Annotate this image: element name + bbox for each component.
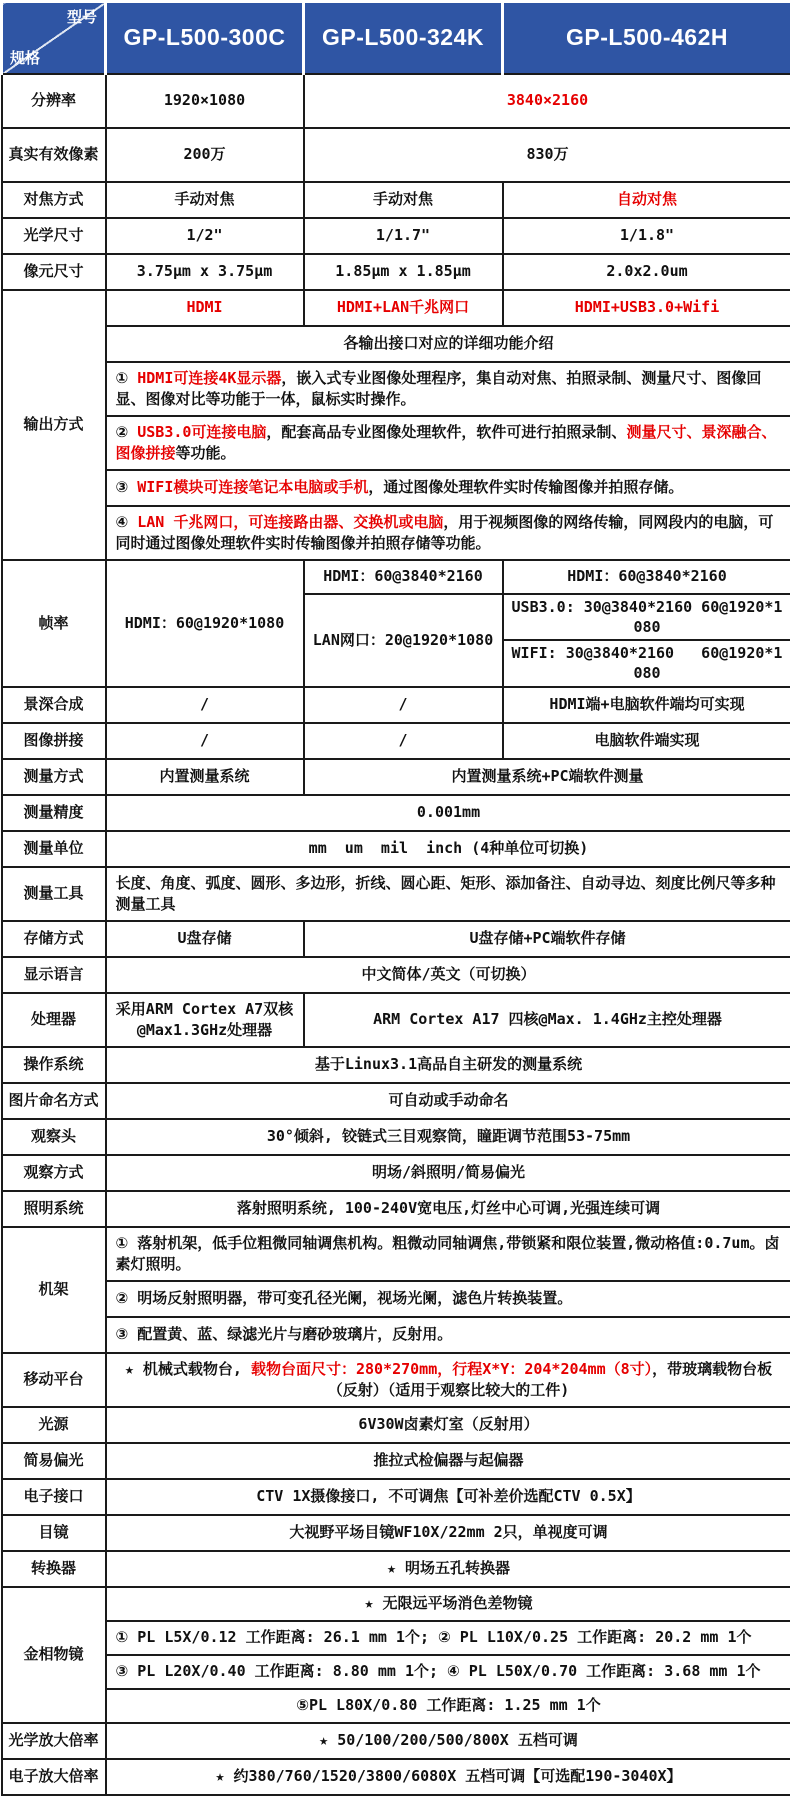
row-focus: 对焦方式 手动对焦 手动对焦 自动对焦 xyxy=(2,182,790,218)
label-pixels: 真实有效像素 xyxy=(2,128,106,182)
cell-nosepiece: ★ 明场五孔转换器 xyxy=(106,1551,790,1587)
label-eport: 电子接口 xyxy=(2,1479,106,1515)
row-output-p3: ③ WIFI模块可连接笔记本电脑或手机，通过图像处理软件实时传输图像并拍照存储。 xyxy=(2,470,790,506)
row-cpu: 处理器 采用ARM Cortex A7双核@Max1.3GHz处理器 ARM C… xyxy=(2,993,790,1047)
row-output-interfaces: 输出方式 HDMI HDMI+LAN千兆网口 HDMI+USB3.0+Wifi xyxy=(2,290,790,326)
cell-optical-size-462h: 1/1.8" xyxy=(503,218,790,254)
cell-pixel-size-324k: 1.85μm x 1.85μm xyxy=(304,254,503,290)
cell-pixel-size-462h: 2.0x2.0um xyxy=(503,254,790,290)
cell-tools: 长度、角度、弧度、圆形、多边形，折线、圆心距、矩形、添加备注、自动寻边、刻度比例… xyxy=(106,867,790,921)
cell-framerate-462h-wifi: WIFI: 30@3840*2160 60@1920*1080 xyxy=(503,640,790,687)
label-units: 测量单位 xyxy=(2,831,106,867)
row-frame-3: ③ 配置黄、蓝、绿滤光片与磨砂玻璃片，反射用。 xyxy=(2,1317,790,1353)
row-head: 观察头 30°倾斜, 铰链式三目观察筒，瞳距调节范围53-75mm xyxy=(2,1119,790,1155)
row-framerate-1: 帧率 HDMI：60@1920*1080 HDMI：60@3840*2160 H… xyxy=(2,560,790,594)
cell-framerate-462h-usb: USB3.0: 30@3840*2160 60@1920*1080 xyxy=(503,594,790,641)
row-digital-mag: 电子放大倍率 ★ 约380/760/1520/3800/6080X 五档可调【可… xyxy=(2,1759,790,1795)
header-row: 型号 规格 GP-L500-300C GP-L500-324K GP-L500-… xyxy=(2,2,790,74)
cell-view-mode: 明场/斜照明/简易偏光 xyxy=(106,1155,790,1191)
p1-num: ① xyxy=(116,369,138,387)
cell-framerate-462h-hdmi: HDMI：60@3840*2160 xyxy=(503,560,790,594)
label-precision: 测量精度 xyxy=(2,795,106,831)
label-eyepiece: 目镜 xyxy=(2,1515,106,1551)
cell-output-462h: HDMI+USB3.0+Wifi xyxy=(503,290,790,326)
p2-text1: ，配套高品专业图像处理软件，软件可进行拍照录制、 xyxy=(266,423,626,441)
label-pixel-size: 像元尺寸 xyxy=(2,254,106,290)
cell-output-p2: ② USB3.0可连接电脑，配套高品专业图像处理软件，软件可进行拍照录制、测量尺… xyxy=(106,416,790,470)
cell-precision: 0.001mm xyxy=(106,795,790,831)
cell-framerate-324k-hdmi: HDMI：60@3840*2160 xyxy=(304,560,503,594)
cell-output-p3: ③ WIFI模块可连接笔记本电脑或手机，通过图像处理软件实时传输图像并拍照存储。 xyxy=(106,470,790,506)
row-optical-size: 光学尺寸 1/2" 1/1.7" 1/1.8" xyxy=(2,218,790,254)
cell-optical-size-300c: 1/2" xyxy=(106,218,304,254)
cell-objective-p2: ③ PL L20X/0.40 工作距离: 8.80 mm 1个; ④ PL L5… xyxy=(106,1655,790,1689)
label-view-mode: 观察方式 xyxy=(2,1155,106,1191)
label-objective: 金相物镜 xyxy=(2,1587,106,1723)
row-output-intro: 各输出接口对应的详细功能介绍 xyxy=(2,326,790,362)
cell-measure-mode-300c: 内置测量系统 xyxy=(106,759,304,795)
row-eyepiece: 目镜 大视野平场目镜WF10X/22mm 2只，单视度可调 xyxy=(2,1515,790,1551)
cell-pixels-300c: 200万 xyxy=(106,128,304,182)
row-storage: 存储方式 U盘存储 U盘存储+PC端软件存储 xyxy=(2,921,790,957)
cell-eport: CTV 1X摄像接口, 不可调焦【可补差价选配CTV 0.5X】 xyxy=(106,1479,790,1515)
corner-model-label: 型号 xyxy=(67,7,97,27)
stage-text1: ★ 机械式载物台, xyxy=(125,1360,251,1378)
cell-units: mm um mil inch (4种单位可切换) xyxy=(106,831,790,867)
label-light: 光源 xyxy=(2,1407,106,1443)
cell-storage-shared: U盘存储+PC端软件存储 xyxy=(304,921,790,957)
row-output-p1: ① HDMI可连接4K显示器，嵌入式专业图像处理程序，集自动对焦、拍照录制、测量… xyxy=(2,362,790,416)
row-tools: 测量工具 长度、角度、弧度、圆形、多边形，折线、圆心距、矩形、添加备注、自动寻边… xyxy=(2,867,790,921)
cell-focus-300c: 手动对焦 xyxy=(106,182,304,218)
p2-text2: 等功能。 xyxy=(176,444,236,462)
row-naming: 图片命名方式 可自动或手动命名 xyxy=(2,1083,790,1119)
cell-storage-300c: U盘存储 xyxy=(106,921,304,957)
row-frame-1: 机架 ① 落射机架，低手位粗微同轴调焦机构。粗微动同轴调焦,带锁紧和限位装置,微… xyxy=(2,1227,790,1281)
cell-optical-size-324k: 1/1.7" xyxy=(304,218,503,254)
cell-pixel-size-300c: 3.75μm x 3.75μm xyxy=(106,254,304,290)
cell-optical-mag: ★ 50/100/200/500/800X 五档可调 xyxy=(106,1723,790,1759)
cell-digital-mag: ★ 约380/760/1520/3800/6080X 五档可调【可选配190-3… xyxy=(106,1759,790,1795)
row-objective-2: ③ PL L20X/0.40 工作距离: 8.80 mm 1个; ④ PL L5… xyxy=(2,1655,790,1689)
cell-output-324k: HDMI+LAN千兆网口 xyxy=(304,290,503,326)
row-language: 显示语言 中文简体/英文（可切换） xyxy=(2,957,790,993)
label-tools: 测量工具 xyxy=(2,867,106,921)
label-focus: 对焦方式 xyxy=(2,182,106,218)
cell-light: 6V30W卤素灯室（反射用） xyxy=(106,1407,790,1443)
row-polarizer: 简易偏光 推拉式检偏器与起偏器 xyxy=(2,1443,790,1479)
label-optical-mag: 光学放大倍率 xyxy=(2,1723,106,1759)
label-digital-mag: 电子放大倍率 xyxy=(2,1759,106,1795)
p4-red: LAN 千兆网口，可连接路由器、交换机或电脑 xyxy=(137,513,443,531)
label-resolution: 分辨率 xyxy=(2,74,106,128)
label-illumination: 照明系统 xyxy=(2,1191,106,1227)
p3-red: WIFI模块可连接笔记本电脑或手机 xyxy=(137,478,368,496)
label-head: 观察头 xyxy=(2,1119,106,1155)
label-language: 显示语言 xyxy=(2,957,106,993)
cell-os: 基于Linux3.1高品自主研发的测量系统 xyxy=(106,1047,790,1083)
cell-cpu-300c: 采用ARM Cortex A7双核@Max1.3GHz处理器 xyxy=(106,993,304,1047)
model-300c: GP-L500-300C xyxy=(106,2,304,74)
cell-output-intro: 各输出接口对应的详细功能介绍 xyxy=(106,326,790,362)
model-324k: GP-L500-324K xyxy=(304,2,503,74)
cell-frame-p1: ① 落射机架，低手位粗微同轴调焦机构。粗微动同轴调焦,带锁紧和限位装置,微动格值… xyxy=(106,1227,790,1281)
row-objective-0: 金相物镜 ★ 无限远平场消色差物镜 xyxy=(2,1587,790,1621)
cell-output-300c: HDMI xyxy=(106,290,304,326)
row-frame-2: ② 明场反射照明器，带可变孔径光阑，视场光阑，滤色片转换装置。 xyxy=(2,1281,790,1317)
corner-spec-label: 规格 xyxy=(10,48,40,68)
row-nosepiece: 转换器 ★ 明场五孔转换器 xyxy=(2,1551,790,1587)
label-stage: 移动平台 xyxy=(2,1353,106,1407)
p1-red: HDMI可连接4K显示器 xyxy=(137,369,281,387)
cell-objective-p0: ★ 无限远平场消色差物镜 xyxy=(106,1587,790,1621)
row-dof: 景深合成 / / HDMI端+电脑软件端均可实现 xyxy=(2,687,790,723)
row-resolution: 分辨率 1920×1080 3840×2160 xyxy=(2,74,790,128)
label-storage: 存储方式 xyxy=(2,921,106,957)
label-polarizer: 简易偏光 xyxy=(2,1443,106,1479)
row-measure-mode: 测量方式 内置测量系统 内置测量系统+PC端软件测量 xyxy=(2,759,790,795)
cell-measure-mode-shared: 内置测量系统+PC端软件测量 xyxy=(304,759,790,795)
model-462h: GP-L500-462H xyxy=(503,2,790,74)
cell-objective-p3: ⑤PL L80X/0.80 工作距离: 1.25 mm 1个 xyxy=(106,1689,790,1723)
cell-focus-462h: 自动对焦 xyxy=(503,182,790,218)
label-framerate: 帧率 xyxy=(2,560,106,687)
row-stage: 移动平台 ★ 机械式载物台, 载物台面尺寸：280*270mm，行程X*Y：20… xyxy=(2,1353,790,1407)
label-nosepiece: 转换器 xyxy=(2,1551,106,1587)
p3-num: ③ xyxy=(116,478,138,496)
cell-output-p1: ① HDMI可连接4K显示器，嵌入式专业图像处理程序，集自动对焦、拍照录制、测量… xyxy=(106,362,790,416)
spec-table: 型号 规格 GP-L500-300C GP-L500-324K GP-L500-… xyxy=(0,0,790,1796)
stage-red: 载物台面尺寸：280*270mm，行程X*Y：204*204mm（8寸） xyxy=(251,1360,652,1378)
label-dof: 景深合成 xyxy=(2,687,106,723)
cell-frame-p3: ③ 配置黄、蓝、绿滤光片与磨砂玻璃片，反射用。 xyxy=(106,1317,790,1353)
label-measure-mode: 测量方式 xyxy=(2,759,106,795)
row-eport: 电子接口 CTV 1X摄像接口, 不可调焦【可补差价选配CTV 0.5X】 xyxy=(2,1479,790,1515)
label-optical-size: 光学尺寸 xyxy=(2,218,106,254)
row-pixel-size: 像元尺寸 3.75μm x 3.75μm 1.85μm x 1.85μm 2.0… xyxy=(2,254,790,290)
cell-cpu-shared: ARM Cortex A17 四核@Max. 1.4GHz主控处理器 xyxy=(304,993,790,1047)
p2-num: ② xyxy=(116,423,138,441)
row-pixels: 真实有效像素 200万 830万 xyxy=(2,128,790,182)
cell-illumination: 落射照明系统, 100-240V宽电压,灯丝中心可调,光强连续可调 xyxy=(106,1191,790,1227)
label-stitch: 图像拼接 xyxy=(2,723,106,759)
row-stitch: 图像拼接 / / 电脑软件端实现 xyxy=(2,723,790,759)
cell-output-p4: ④ LAN 千兆网口，可连接路由器、交换机或电脑，用于视频图像的网络传输，同网段… xyxy=(106,506,790,560)
cell-stitch-300c: / xyxy=(106,723,304,759)
row-units: 测量单位 mm um mil inch (4种单位可切换) xyxy=(2,831,790,867)
label-naming: 图片命名方式 xyxy=(2,1083,106,1119)
row-output-p2: ② USB3.0可连接电脑，配套高品专业图像处理软件，软件可进行拍照录制、测量尺… xyxy=(2,416,790,470)
row-objective-3: ⑤PL L80X/0.80 工作距离: 1.25 mm 1个 xyxy=(2,1689,790,1723)
cell-eyepiece: 大视野平场目镜WF10X/22mm 2只，单视度可调 xyxy=(106,1515,790,1551)
cell-framerate-324k-lan: LAN网口：20@1920*1080 xyxy=(304,594,503,687)
cell-objective-p1: ① PL L5X/0.12 工作距离: 26.1 mm 1个; ② PL L10… xyxy=(106,1621,790,1655)
label-cpu: 处理器 xyxy=(2,993,106,1047)
cell-resolution-300c: 1920×1080 xyxy=(106,74,304,128)
row-precision: 测量精度 0.001mm xyxy=(2,795,790,831)
cell-dof-300c: / xyxy=(106,687,304,723)
label-frame: 机架 xyxy=(2,1227,106,1353)
cell-language: 中文简体/英文（可切换） xyxy=(106,957,790,993)
cell-stitch-324k: / xyxy=(304,723,503,759)
cell-pixels-shared: 830万 xyxy=(304,128,790,182)
row-light: 光源 6V30W卤素灯室（反射用） xyxy=(2,1407,790,1443)
cell-naming: 可自动或手动命名 xyxy=(106,1083,790,1119)
cell-dof-324k: / xyxy=(304,687,503,723)
p3-text: ，通过图像处理软件实时传输图像并拍照存储。 xyxy=(368,478,683,496)
label-os: 操作系统 xyxy=(2,1047,106,1083)
corner-cell: 型号 规格 xyxy=(2,2,106,74)
row-os: 操作系统 基于Linux3.1高品自主研发的测量系统 xyxy=(2,1047,790,1083)
row-optical-mag: 光学放大倍率 ★ 50/100/200/500/800X 五档可调 xyxy=(2,1723,790,1759)
row-illumination: 照明系统 落射照明系统, 100-240V宽电压,灯丝中心可调,光强连续可调 xyxy=(2,1191,790,1227)
cell-dof-462h: HDMI端+电脑软件端均可实现 xyxy=(503,687,790,723)
p2-red1: USB3.0可连接电脑 xyxy=(137,423,266,441)
p4-num: ④ xyxy=(116,513,138,531)
cell-head: 30°倾斜, 铰链式三目观察筒，瞳距调节范围53-75mm xyxy=(106,1119,790,1155)
cell-resolution-shared: 3840×2160 xyxy=(304,74,790,128)
cell-frame-p2: ② 明场反射照明器，带可变孔径光阑，视场光阑，滤色片转换装置。 xyxy=(106,1281,790,1317)
cell-focus-324k: 手动对焦 xyxy=(304,182,503,218)
row-objective-1: ① PL L5X/0.12 工作距离: 26.1 mm 1个; ② PL L10… xyxy=(2,1621,790,1655)
row-output-p4: ④ LAN 千兆网口，可连接路由器、交换机或电脑，用于视频图像的网络传输，同网段… xyxy=(2,506,790,560)
cell-polarizer: 推拉式检偏器与起偏器 xyxy=(106,1443,790,1479)
label-output: 输出方式 xyxy=(2,290,106,560)
cell-stitch-462h: 电脑软件端实现 xyxy=(503,723,790,759)
cell-framerate-300c: HDMI：60@1920*1080 xyxy=(106,560,304,687)
row-view-mode: 观察方式 明场/斜照明/简易偏光 xyxy=(2,1155,790,1191)
cell-stage: ★ 机械式载物台, 载物台面尺寸：280*270mm，行程X*Y：204*204… xyxy=(106,1353,790,1407)
